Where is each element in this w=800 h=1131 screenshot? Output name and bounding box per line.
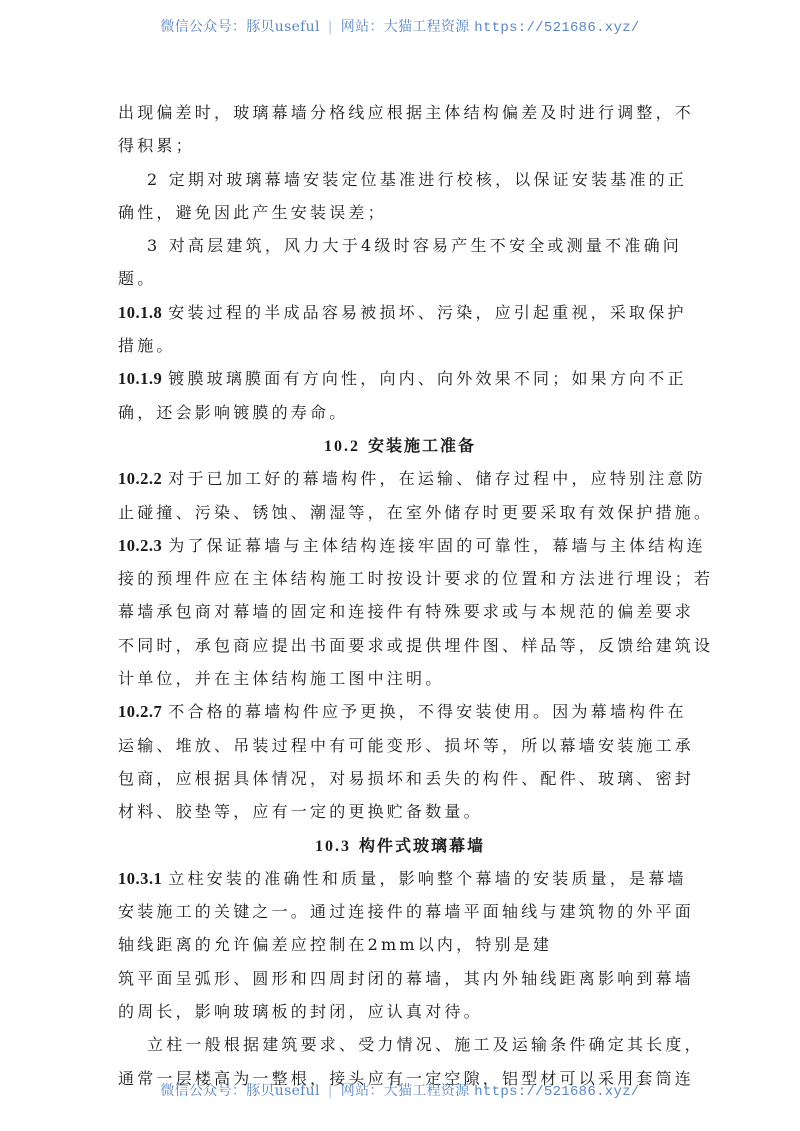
section-number: 10.2: [324, 438, 360, 455]
text-line: 题。: [118, 262, 682, 295]
clause-number: 10.2.7: [118, 702, 162, 721]
line-text: 措施。: [118, 336, 176, 355]
text-line: 运输、堆放、吊装过程中有可能变形、损坏等，所以幕墙安装施工承: [118, 729, 682, 762]
section-heading: 10.2安装施工准备: [118, 429, 682, 462]
line-text: 材料、胶垫等，应有一定的更换贮备数量。: [118, 802, 483, 821]
text-line: 2 定期对玻璃幕墙安装定位基准进行校核，以保证安装基准的正: [118, 163, 682, 196]
separator: |: [328, 19, 333, 35]
line-text: 不合格的幕墙构件应予更换，不得安装使用。因为幕墙构件在: [168, 702, 686, 721]
clause-number: 10.2.3: [118, 536, 162, 555]
text-line: 幕墙承包商对幕墙的固定和连接件有特殊要求或与本规范的偏差要求: [118, 595, 682, 628]
separator: |: [328, 1083, 333, 1099]
text-line: 确性，避免因此产生安装误差；: [118, 196, 682, 229]
line-text: 的周长，影响玻璃板的封闭，应认真对待。: [118, 1002, 483, 1021]
text-line: 计单位，并在主体结构施工图中注明。: [118, 662, 682, 695]
line-text: 镀膜玻璃膜面有方向性，向内、向外效果不同；如果方向不正: [168, 369, 686, 388]
line-text: 立柱安装的准确性和质量，影响整个幕墙的安装质量，是幕墙: [168, 869, 686, 888]
site-label: 网站：大猫工程资源: [341, 1083, 470, 1099]
section-heading: 10.3构件式玻璃幕墙: [118, 829, 682, 862]
line-text: 筑平面呈弧形、圆形和四周封闭的幕墙，其内外轴线距离影响到幕墙: [118, 969, 694, 988]
text-line: 不同时，承包商应提出书面要求或提供埋件图、样品等，反馈给建筑设: [118, 629, 682, 662]
line-text: 题。: [118, 269, 156, 288]
line-text: 为了保证幕墙与主体结构连接牢固的可靠性，幕墙与主体结构连: [168, 536, 706, 555]
line-text: 计单位，并在主体结构施工图中注明。: [118, 669, 444, 688]
wechat-label: 微信公众号：豚贝useful: [160, 19, 319, 35]
line-text: 幕墙承包商对幕墙的固定和连接件有特殊要求或与本规范的偏差要求: [118, 602, 694, 621]
text-line: 止碰撞、污染、锈蚀、潮湿等，在室外储存时更要采取有效保护措施。: [118, 496, 682, 529]
line-text: 包商，应根据具体情况，对易损坏和丢失的构件、配件、玻璃、密封: [118, 769, 694, 788]
wechat-label: 微信公众号：豚贝useful: [160, 1083, 319, 1099]
line-text: 确，还会影响镀膜的寿命。: [118, 403, 348, 422]
watermark-footer: 微信公众号：豚贝useful|网站：大猫工程资源 https://521686.…: [0, 1080, 800, 1100]
text-line: 10.2.3为了保证幕墙与主体结构连接牢固的可靠性，幕墙与主体结构连: [118, 529, 682, 562]
line-text: 止碰撞、污染、锈蚀、潮湿等，在室外储存时更要采取有效保护措施。: [118, 503, 713, 522]
text-line: 10.1.9镀膜玻璃膜面有方向性，向内、向外效果不同；如果方向不正: [118, 362, 682, 395]
clause-number: 10.3.1: [118, 869, 162, 888]
line-text: 安装过程的半成品容易被损坏、污染，应引起重视，采取保护: [168, 303, 686, 322]
text-line: 立柱一般根据建筑要求、受力情况、施工及运输条件确定其长度，: [118, 1028, 682, 1061]
text-line: 的周长，影响玻璃板的封闭，应认真对待。: [118, 995, 682, 1028]
text-line: 出现偏差时，玻璃幕墙分格线应根据主体结构偏差及时进行调整，不: [118, 96, 682, 129]
line-text: 不同时，承包商应提出书面要求或提供埋件图、样品等，反馈给建筑设: [118, 636, 713, 655]
text-line: 得积累；: [118, 129, 682, 162]
site-url-link[interactable]: https://521686.xyz/: [474, 20, 639, 36]
clause-number: 10.1.9: [118, 369, 162, 388]
text-line: 安装施工的关键之一。通过连接件的幕墙平面轴线与建筑物的外平面: [118, 895, 682, 928]
clause-number: 10.2.2: [118, 469, 162, 488]
line-text: 3 对高层建筑，风力大于4级时容易产生不安全或测量不准确问: [147, 236, 682, 255]
text-line: 筑平面呈弧形、圆形和四周封闭的幕墙，其内外轴线距离影响到幕墙: [118, 962, 682, 995]
line-text: 接的预埋件应在主体结构施工时按设计要求的位置和方法进行埋设；若: [118, 569, 713, 588]
text-line: 材料、胶垫等，应有一定的更换贮备数量。: [118, 795, 682, 828]
line-text: 对于已加工好的幕墙构件，在运输、储存过程中，应特别注意防: [168, 469, 706, 488]
section-title: 构件式玻璃幕墙: [359, 836, 485, 855]
text-line: 3 对高层建筑，风力大于4级时容易产生不安全或测量不准确问: [118, 229, 682, 262]
document-body: 出现偏差时，玻璃幕墙分格线应根据主体结构偏差及时进行调整，不得积累；2 定期对玻…: [118, 96, 682, 1095]
site-url-link[interactable]: https://521686.xyz/: [474, 1084, 639, 1100]
line-text: 2 定期对玻璃幕墙安装定位基准进行校核，以保证安装基准的正: [147, 170, 687, 189]
line-text: 得积累；: [118, 136, 195, 155]
text-line: 轴线距离的允许偏差应控制在2mm以内，特别是建: [118, 928, 682, 961]
line-text: 立柱一般根据建筑要求、受力情况、施工及运输条件确定其长度，: [147, 1035, 704, 1054]
line-text: 安装施工的关键之一。通过连接件的幕墙平面轴线与建筑物的外平面: [118, 902, 694, 921]
text-line: 措施。: [118, 329, 682, 362]
watermark-header: 微信公众号：豚贝useful|网站：大猫工程资源 https://521686.…: [0, 16, 800, 36]
text-line: 10.2.2对于已加工好的幕墙构件，在运输、储存过程中，应特别注意防: [118, 462, 682, 495]
line-text: 出现偏差时，玻璃幕墙分格线应根据主体结构偏差及时进行调整，不: [118, 103, 694, 122]
line-text: 轴线距离的允许偏差应控制在2mm以内，特别是建: [118, 935, 552, 954]
text-line: 包商，应根据具体情况，对易损坏和丢失的构件、配件、玻璃、密封: [118, 762, 682, 795]
text-line: 10.1.8安装过程的半成品容易被损坏、污染，应引起重视，采取保护: [118, 296, 682, 329]
text-line: 接的预埋件应在主体结构施工时按设计要求的位置和方法进行埋设；若: [118, 562, 682, 595]
site-label: 网站：大猫工程资源: [341, 19, 470, 35]
text-line: 10.2.7不合格的幕墙构件应予更换，不得安装使用。因为幕墙构件在: [118, 695, 682, 728]
line-text: 运输、堆放、吊装过程中有可能变形、损坏等，所以幕墙安装施工承: [118, 736, 694, 755]
section-number: 10.3: [315, 838, 351, 855]
text-line: 10.3.1立柱安装的准确性和质量，影响整个幕墙的安装质量，是幕墙: [118, 862, 682, 895]
section-title: 安装施工准备: [368, 436, 476, 455]
clause-number: 10.1.8: [118, 303, 162, 322]
text-line: 确，还会影响镀膜的寿命。: [118, 396, 682, 429]
line-text: 确性，避免因此产生安装误差；: [118, 203, 387, 222]
